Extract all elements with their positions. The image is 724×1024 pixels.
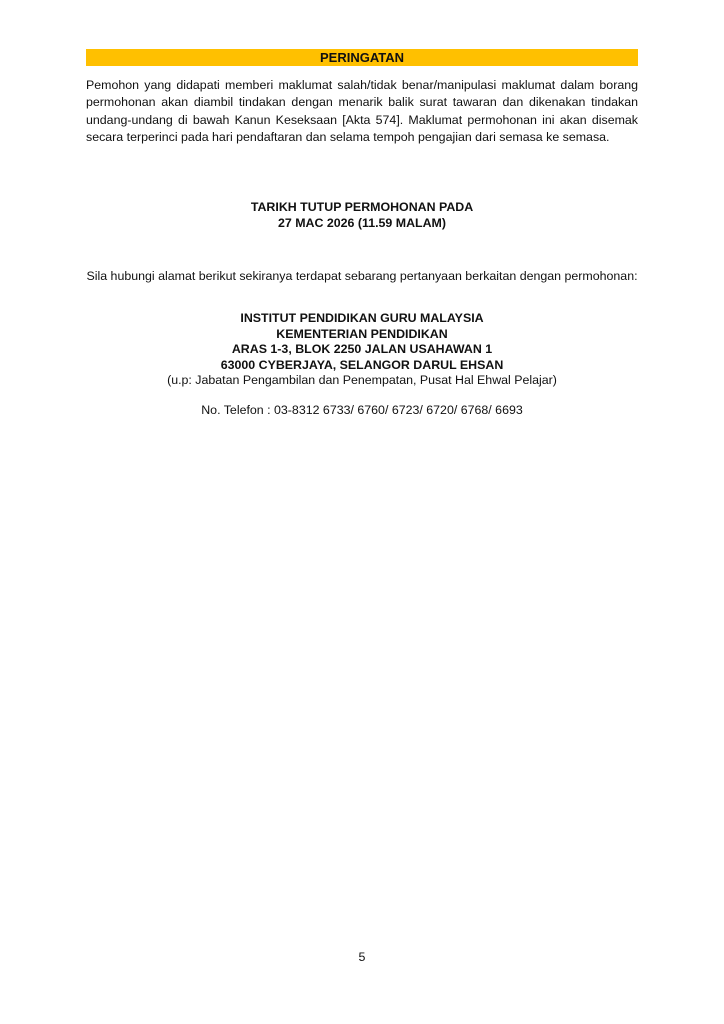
warning-heading-text: PERINGATAN — [320, 50, 404, 65]
warning-paragraph: Pemohon yang didapati memberi maklumat s… — [86, 77, 638, 147]
address-line-street: ARAS 1-3, BLOK 2250 JALAN USAHAWAN 1 — [86, 342, 638, 358]
contact-intro-text: Sila hubungi alamat berikut sekiranya te… — [86, 268, 638, 285]
closing-date-block: TARIKH TUTUP PERMOHONAN PADA 27 MAC 2026… — [86, 199, 638, 231]
closing-date-value: 27 MAC 2026 (11.59 MALAM) — [86, 215, 638, 231]
closing-date-title: TARIKH TUTUP PERMOHONAN PADA — [86, 199, 638, 215]
address-line-ministry: KEMENTERIAN PENDIDIKAN — [86, 327, 638, 343]
contact-phone: No. Telefon : 03-8312 6733/ 6760/ 6723/ … — [86, 402, 638, 418]
warning-heading: PERINGATAN — [86, 49, 638, 66]
address-attention: (u.p: Jabatan Pengambilan dan Penempatan… — [86, 373, 638, 389]
address-line-institution: INSTITUT PENDIDIKAN GURU MALAYSIA — [86, 311, 638, 327]
address-line-city: 63000 CYBERJAYA, SELANGOR DARUL EHSAN — [86, 358, 638, 374]
contact-address: INSTITUT PENDIDIKAN GURU MALAYSIA KEMENT… — [86, 311, 638, 389]
document-page: PERINGATAN Pemohon yang didapati memberi… — [0, 0, 724, 1024]
page-number: 5 — [0, 949, 724, 965]
